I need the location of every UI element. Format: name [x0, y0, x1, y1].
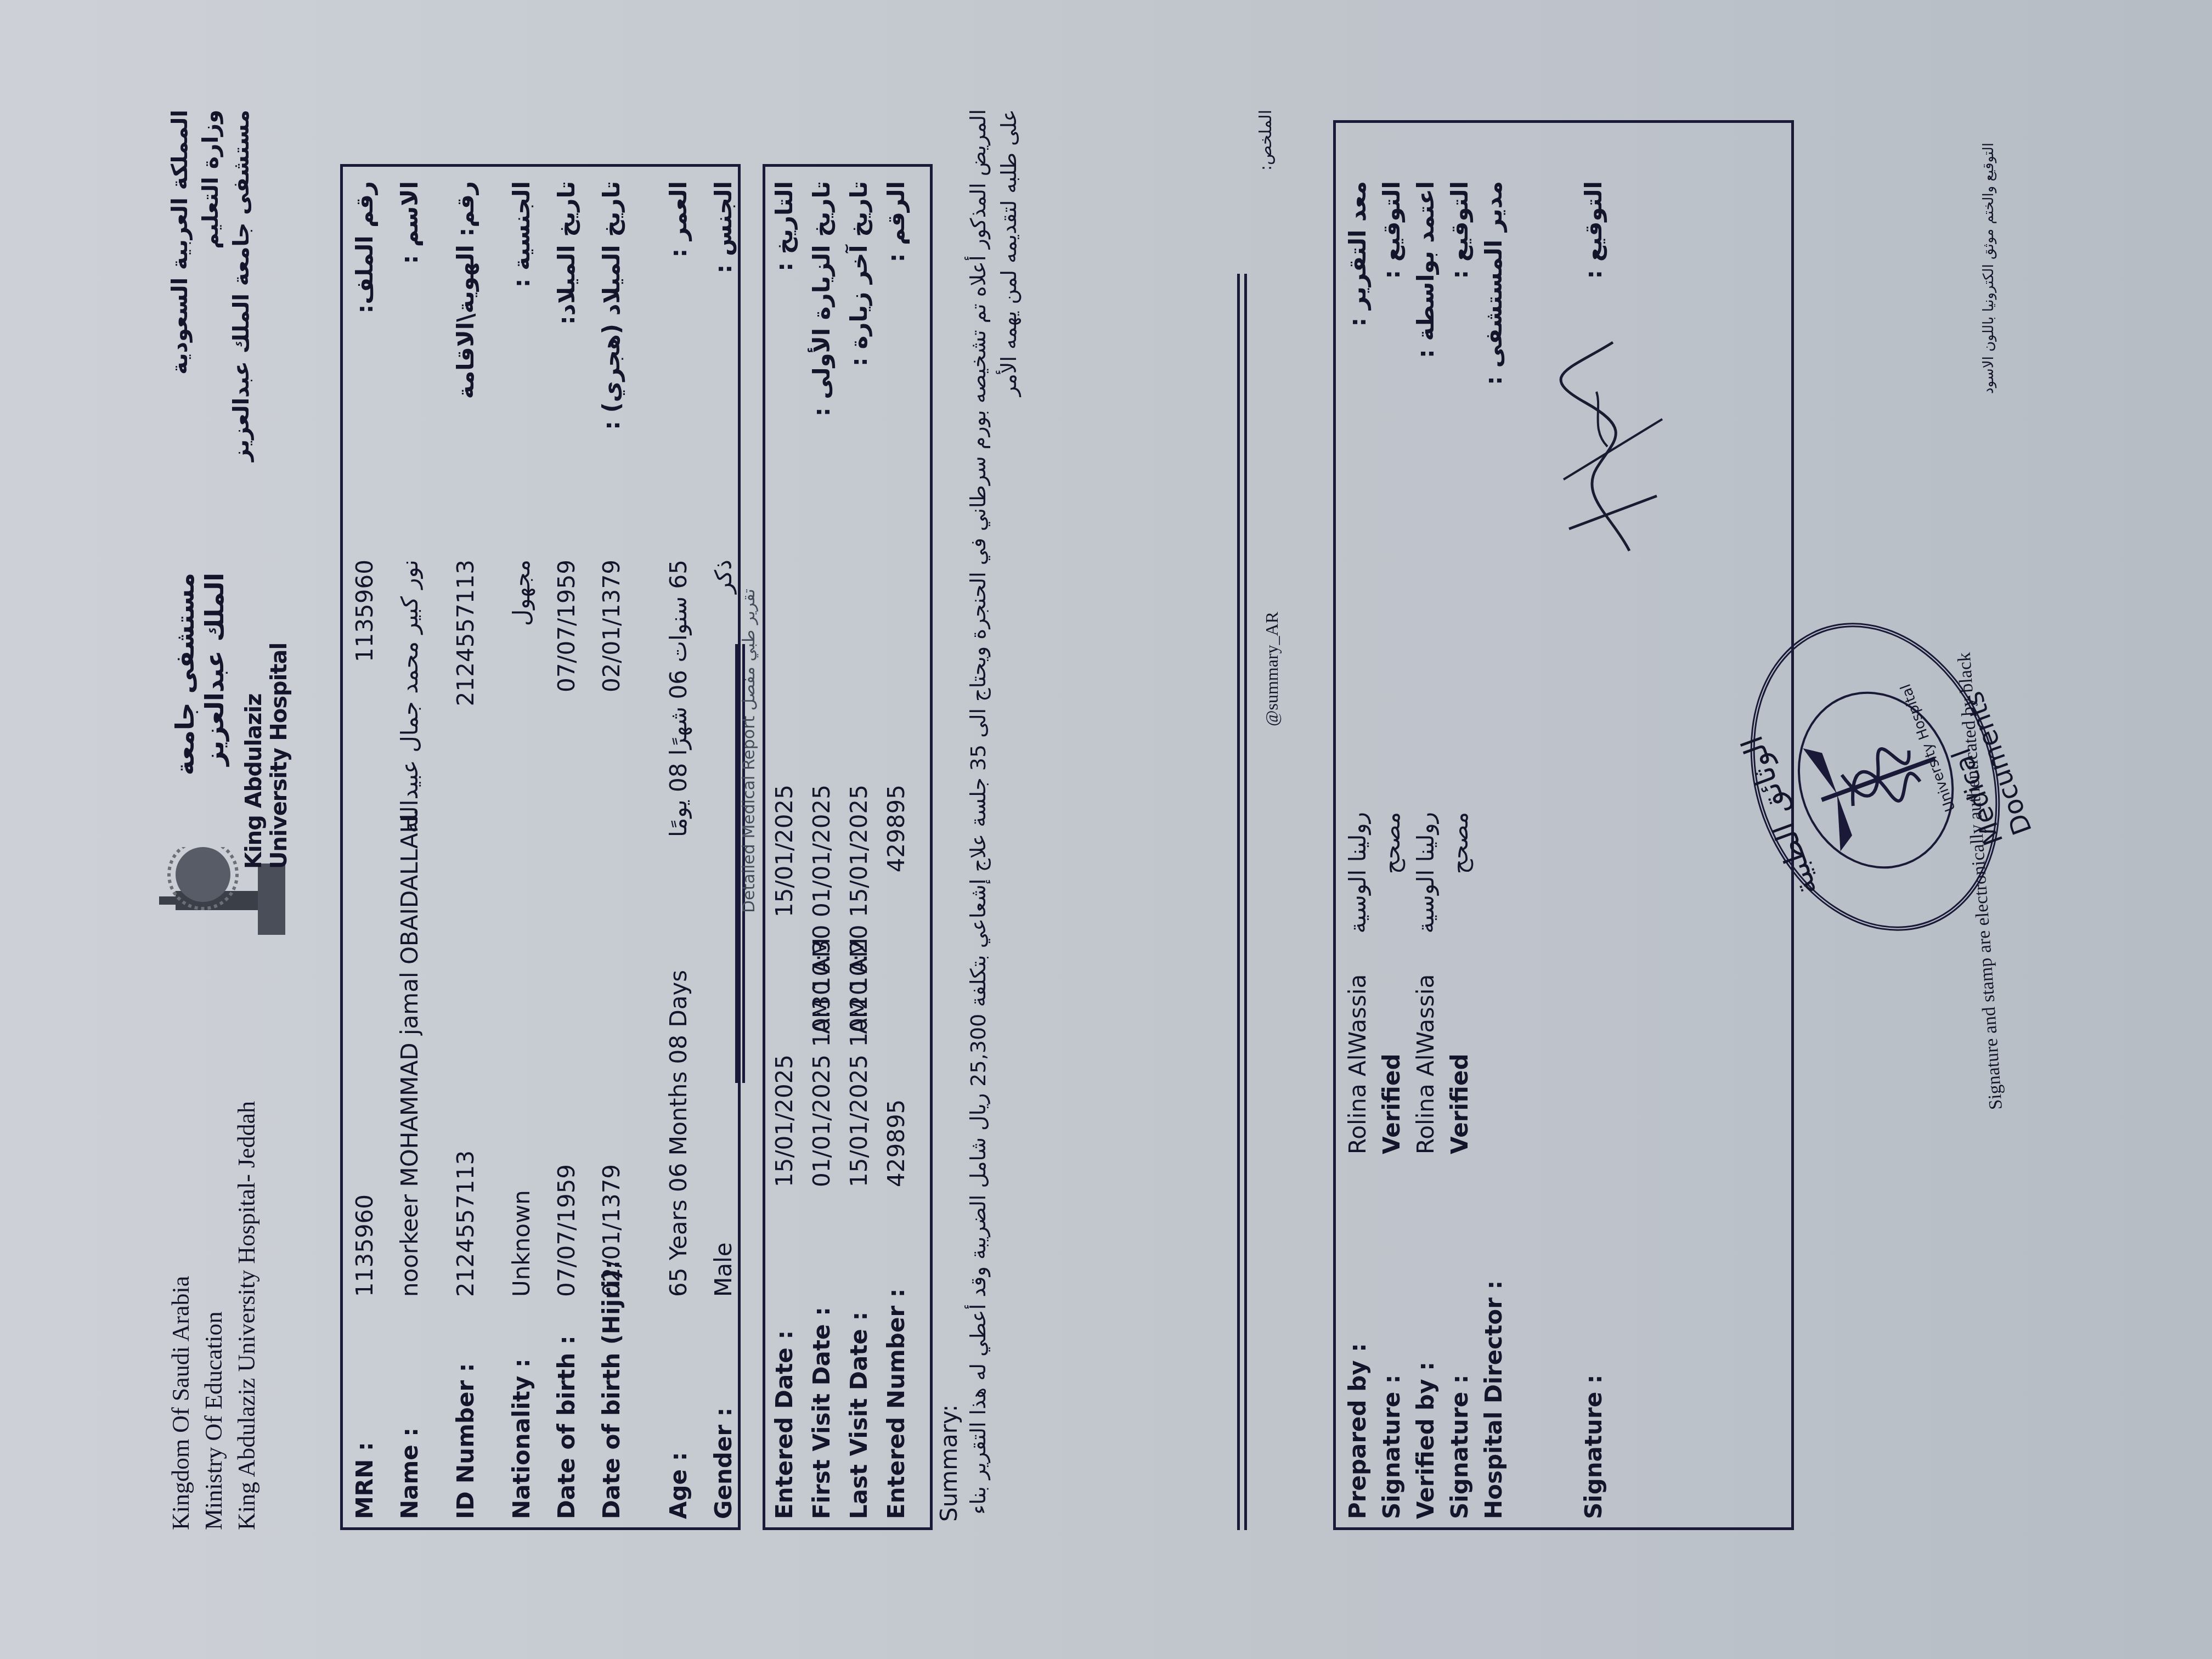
row-label-ar: التاريخ :: [771, 181, 798, 272]
row-label-ar: الرقم :: [883, 181, 910, 262]
row-value: Verified: [1446, 1054, 1473, 1154]
row-value-ar: مصحح: [1446, 812, 1473, 874]
summary-text: المريض المذكور أعلاه تم تشخيصه بورم سرطا…: [963, 109, 1024, 1519]
row-label: Age :: [665, 1452, 692, 1519]
header-kingdom: Kingdom Of Saudi Arabia: [165, 1101, 198, 1530]
row-label-ar: الاسم :: [396, 181, 423, 264]
row-label-ar: رقم: الهوية\الاقامة: [452, 181, 479, 399]
header-kingdom-ar: المملكة العربية السعودية: [165, 110, 195, 461]
medical-report-page: Kingdom Of Saudi Arabia Ministry Of Educ…: [0, 0, 2212, 1659]
row-label: Entered Number :: [883, 1288, 910, 1519]
summary-label: Summary:: [935, 1404, 962, 1522]
row-label-ar: اعتمد بواسطة :: [1412, 181, 1439, 358]
row-value: 02/01/1379: [598, 1164, 625, 1297]
row-value: noorkeer MOHAMMAD jamal OBAIDALLAH.: [396, 809, 423, 1297]
footer-arabic: التوقيع والختم موثق الكترونيا باللون الا…: [1980, 143, 1997, 394]
header-hospital: King Abdulaziz University Hospital- Jedd…: [230, 1101, 263, 1530]
row-label: Verified by :: [1412, 1362, 1439, 1519]
row-value: 15/01/2025: [771, 1054, 798, 1187]
row-label-ar: التوقيع :: [1378, 181, 1405, 279]
row-value-ar: 07/07/1959: [553, 560, 580, 692]
row-value-ar: 15/01/2025: [771, 785, 798, 917]
row-value-ar: رولينا الوسية: [1344, 812, 1371, 933]
row-value: Male: [710, 1243, 737, 1297]
header-hospital-ar: مستشفى جامعة الملك عبدالعزيز: [226, 110, 257, 461]
row-label: Gender :: [710, 1407, 737, 1519]
row-label: Signature :: [1378, 1374, 1405, 1519]
row-label-ar: رقم الملف:: [351, 181, 378, 314]
summary-token: @summary_AR: [1262, 612, 1282, 726]
row-value-ar: 2124557113: [452, 560, 479, 706]
header-ministry-ar: وزارة التعليم: [195, 110, 226, 461]
row-value-ar: 1135960: [351, 560, 378, 662]
row-label: Hospital Director :: [1480, 1280, 1507, 1519]
row-label-ar: معد التقرير :: [1344, 181, 1371, 327]
row-value: Rolina AlWassia: [1412, 974, 1439, 1154]
row-label-ar: تاريخ الزيارة الأولى :: [808, 181, 835, 416]
row-value: 2124557113: [452, 1150, 479, 1297]
summary-label-ar: الملخص:: [1256, 110, 1276, 171]
row-value: 429895: [883, 1099, 910, 1187]
row-label: Signature :: [1580, 1374, 1607, 1519]
row-value-ar: نور كبير محمد جمال عبيدالله: [396, 560, 423, 833]
row-label: Name :: [396, 1427, 423, 1519]
row-value: Verified: [1378, 1054, 1405, 1154]
signature-top-rule: [1237, 274, 1247, 1530]
row-label: Prepared by :: [1344, 1343, 1371, 1519]
row-label: Signature :: [1446, 1374, 1473, 1519]
row-value: Unknown: [508, 1190, 535, 1297]
row-label: Entered Date :: [771, 1330, 798, 1519]
row-value: 07/07/1959: [553, 1164, 580, 1297]
row-value-ar: مصحح: [1378, 812, 1405, 874]
hospital-logo: مستشفى جامعة الملك عبدالعزيز King Abdula…: [154, 573, 296, 957]
row-label: Nationality :: [508, 1358, 535, 1519]
row-value-ar: 65 سنوات 06 شهرًا 08 يومًا: [665, 560, 692, 837]
report-title: Detailed Medical Report تقرير طبي مفصل: [740, 589, 759, 913]
row-label: Last Visit Date :: [845, 1312, 872, 1519]
row-value: Rolina AlWassia: [1344, 974, 1371, 1154]
row-label-ar: الجنس :: [710, 181, 737, 273]
row-label-ar: العمر :: [665, 181, 692, 258]
logo-english-name: King Abdulaziz University Hospital: [241, 573, 292, 869]
row-label-ar: التوقيع :: [1580, 181, 1607, 279]
header-ministry: Ministry Of Education: [198, 1101, 230, 1530]
header-english: Kingdom Of Saudi Arabia Ministry Of Educ…: [165, 1101, 263, 1530]
row-value-ar: مجهول: [508, 560, 535, 626]
row-value-ar: 15/01/2025 10:20 AM: [845, 785, 872, 1034]
row-value-ar: 01/01/2025 10:30 AM: [808, 785, 835, 1034]
row-label: Date of birth (Hijri):: [598, 1260, 625, 1519]
row-value-ar: ذكر: [710, 560, 737, 594]
logo-arabic-name: مستشفى جامعة الملك عبدالعزيز: [170, 573, 229, 847]
row-label-ar: تاريخ الميلاد:: [553, 181, 580, 325]
row-label-ar: التوقيع :: [1446, 181, 1473, 279]
row-label: Date of birth :: [553, 1335, 580, 1519]
header-arabic: المملكة العربية السعودية وزارة التعليم م…: [165, 110, 257, 461]
row-value-ar: 429895: [883, 785, 910, 872]
row-label-ar: مدير المستشفى :: [1480, 181, 1507, 385]
row-value: 65 Years 06 Months 08 Days: [665, 970, 692, 1297]
row-label: First Visit Date :: [808, 1307, 835, 1519]
row-label: ID Number :: [452, 1363, 479, 1519]
row-value-ar: 02/01/1379: [598, 560, 625, 692]
row-label-ar: الجنسية :: [508, 181, 535, 287]
row-label-ar: تاريخ الميلاد (هجري) :: [598, 181, 625, 430]
row-value-ar: رولينا الوسية: [1412, 812, 1439, 933]
handwritten-signature-icon: [1547, 331, 1668, 562]
row-label: MRN :: [351, 1442, 378, 1519]
row-value: 1135960: [351, 1194, 378, 1297]
row-label-ar: تاريخ آخر زيارة :: [845, 181, 872, 366]
